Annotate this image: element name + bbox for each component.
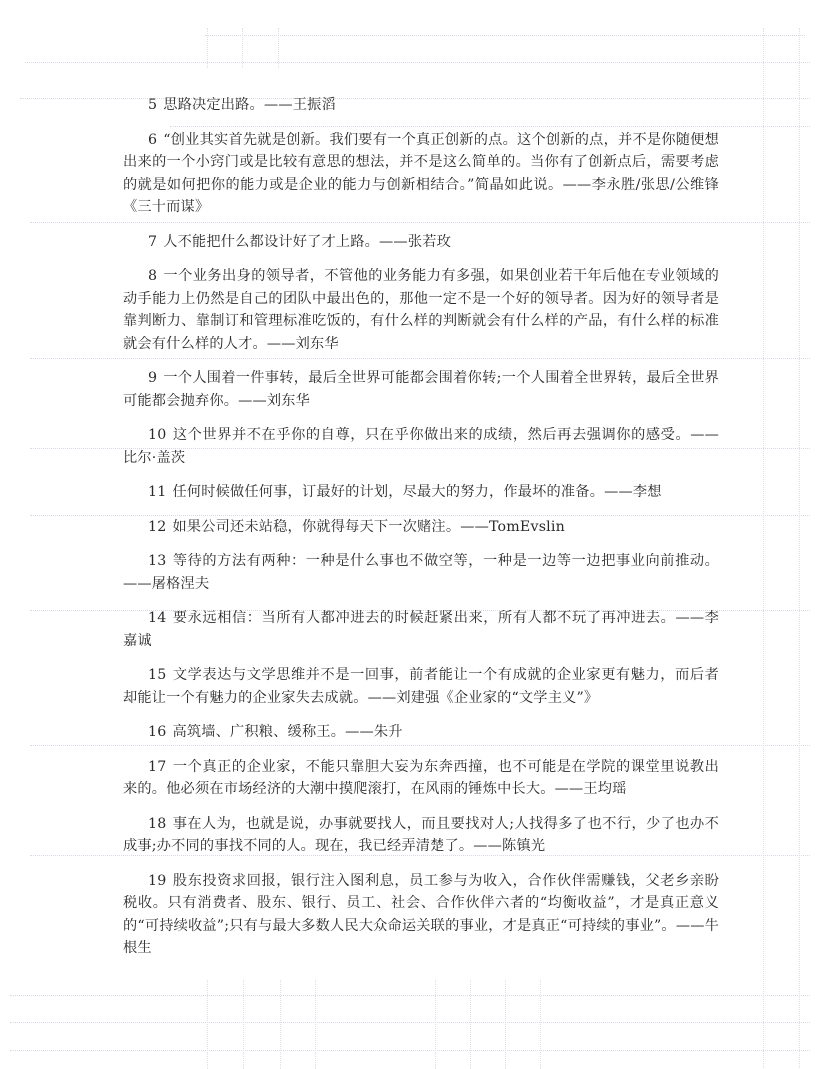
quote-number: 7 <box>148 234 157 250</box>
quote-text: 任何时候做任何事，订最好的计划，尽最大的努力，作最坏的准备。——李想 <box>172 484 661 500</box>
quote-number: 10 <box>148 427 166 443</box>
quote-paragraph-17: 17一个真正的企业家，不能只靠胆大妄为东奔西撞，也不可能是在学院的课堂里说教出来… <box>123 756 719 801</box>
quote-text: “创业其实首先就是创新。我们要有一个真正创新的点。这个创新的点，并不是你随便想出… <box>123 132 719 216</box>
quote-number: 15 <box>148 667 166 683</box>
quote-paragraph-19: 19股东投资求回报，银行注入图利息，员工参与为收入，合作伙伴需赚钱，父老乡亲盼税… <box>123 870 719 960</box>
quote-paragraph-10: 10这个世界并不在乎你的自尊，只在乎你做出来的成绩，然后再去强调你的感受。——比… <box>123 424 719 469</box>
quote-number: 12 <box>148 519 166 535</box>
quote-number: 9 <box>148 370 157 386</box>
quote-number: 8 <box>148 268 157 284</box>
quote-number: 17 <box>148 759 166 775</box>
quote-number: 11 <box>148 484 166 500</box>
quote-text: 一个真正的企业家，不能只靠胆大妄为东奔西撞，也不可能是在学院的课堂里说教出来的。… <box>123 759 719 798</box>
quote-number: 18 <box>148 816 166 832</box>
quote-paragraph-8: 8一个业务出身的领导者，不管他的业务能力有多强，如果创业若干年后他在专业领域的动… <box>123 265 719 355</box>
quote-paragraph-14: 14要永远相信：当所有人都冲进去的时候赶紧出来，所有人都不玩了再冲进去。——李嘉… <box>123 607 719 652</box>
quote-paragraph-16: 16高筑墙、广积粮、缓称王。——朱升 <box>123 721 719 744</box>
quote-text: 人不能把什么都设计好了才上路。——张若玫 <box>163 234 451 250</box>
quote-text: 股东投资求回报，银行注入图利息，员工参与为收入，合作伙伴需赚钱，父老乡亲盼税收。… <box>123 873 719 957</box>
quote-text: 要永远相信：当所有人都冲进去的时候赶紧出来，所有人都不玩了再冲进去。——李嘉诚 <box>123 610 719 649</box>
quote-number: 5 <box>148 97 157 113</box>
quote-paragraph-15: 15文学表达与文学思维并不是一回事，前者能让一个有成就的企业家更有魅力，而后者却… <box>123 664 719 709</box>
quote-text: 一个业务出身的领导者，不管他的业务能力有多强，如果创业若干年后他在专业领域的动手… <box>123 268 719 352</box>
quote-paragraph-9: 9一个人围着一件事转，最后全世界可能都会围着你转;一个人围着全世界转，最后全世界… <box>123 367 719 412</box>
quote-paragraph-12: 12如果公司还未站稳，你就得每天下一次赌注。——TomEvslin <box>123 516 719 539</box>
quote-paragraph-6: 6“创业其实首先就是创新。我们要有一个真正创新的点。这个创新的点，并不是你随便想… <box>123 129 719 219</box>
quote-number: 6 <box>148 132 157 148</box>
quote-number: 19 <box>148 873 166 889</box>
quote-number: 14 <box>148 610 166 626</box>
quote-text: 思路决定出路。——王振滔 <box>163 97 336 113</box>
quote-number: 13 <box>148 553 166 569</box>
quote-text: 一个人围着一件事转，最后全世界可能都会围着你转;一个人围着全世界转，最后全世界可… <box>123 370 719 409</box>
document-page: 5思路决定出路。——王振滔 6“创业其实首先就是创新。我们要有一个真正创新的点。… <box>123 94 719 972</box>
quote-paragraph-7: 7人不能把什么都设计好了才上路。——张若玫 <box>123 231 719 254</box>
quote-paragraph-5: 5思路决定出路。——王振滔 <box>123 94 719 117</box>
quote-text: 这个世界并不在乎你的自尊，只在乎你做出来的成绩，然后再去强调你的感受。——比尔·… <box>123 427 719 466</box>
quote-text: 事在人为，也就是说，办事就要找人，而且要找对人;人找得多了也不行，少了也办不成事… <box>123 816 719 855</box>
quote-text: 文学表达与文学思维并不是一回事，前者能让一个有成就的企业家更有魅力，而后者却能让… <box>123 667 719 706</box>
quote-text: 高筑墙、广积粮、缓称王。——朱升 <box>172 724 402 740</box>
quote-paragraph-18: 18事在人为，也就是说，办事就要找人，而且要找对人;人找得多了也不行，少了也办不… <box>123 813 719 858</box>
quote-text: 等待的方法有两种：一种是什么事也不做空等，一种是一边等一边把事业向前推动。——屠… <box>123 553 719 592</box>
quote-text: 如果公司还未站稳，你就得每天下一次赌注。——TomEvslin <box>172 519 565 535</box>
quote-paragraph-13: 13等待的方法有两种：一种是什么事也不做空等，一种是一边等一边把事业向前推动。—… <box>123 550 719 595</box>
quote-number: 16 <box>148 724 166 740</box>
quote-paragraph-11: 11任何时候做任何事，订最好的计划，尽最大的努力，作最坏的准备。——李想 <box>123 481 719 504</box>
